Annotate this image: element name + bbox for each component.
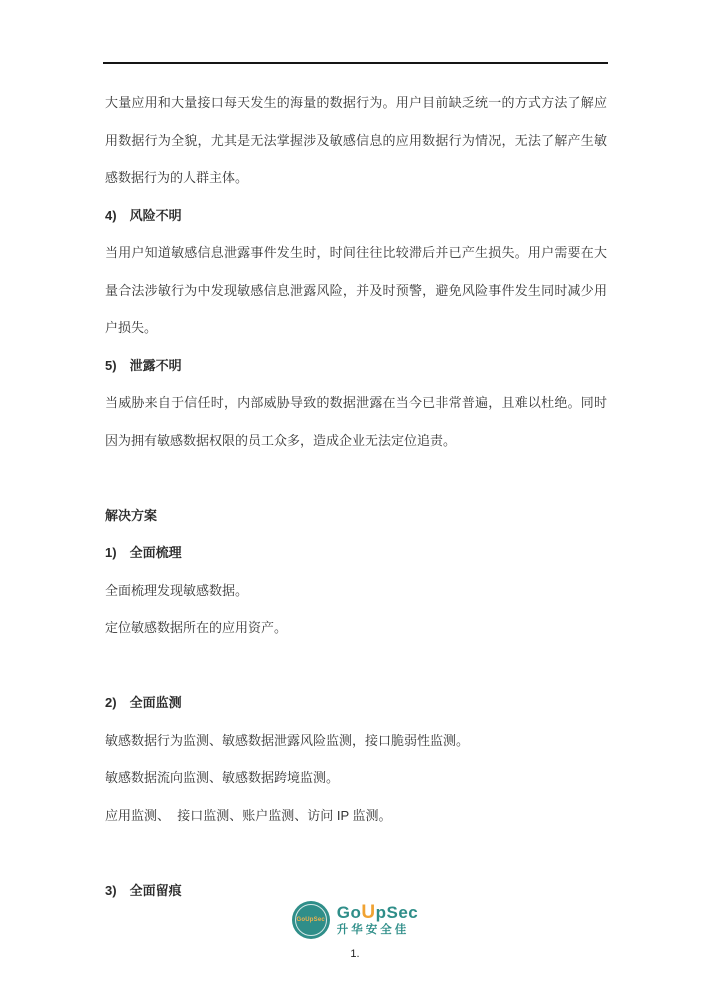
document-page: 大量应用和大量接口每天发生的海量的数据行为。用户目前缺乏统一的方式方法了解应用数… xyxy=(0,0,710,1004)
heading-risk-unknown: 4)风险不明 xyxy=(105,197,607,235)
paragraph-leak: 当威胁来自于信任时，内部威胁导致的数据泄露在当今已非常普遍，且难以杜绝。同时因为… xyxy=(105,384,607,459)
paragraph-risk: 当用户知道敏感信息泄露事件发生时，时间往往比较滞后并已产生损失。用户需要在大量合… xyxy=(105,234,607,347)
heading-solution: 解决方案 xyxy=(105,497,607,535)
heading-title: 泄露不明 xyxy=(130,358,182,373)
heading-number: 1) xyxy=(105,545,117,560)
page-number: 1. xyxy=(0,948,710,960)
heading-full-monitoring: 2)全面监测 xyxy=(105,684,607,722)
paragraph-monitoring-2: 敏感数据流向监测、敏感数据跨境监测。 xyxy=(105,759,607,797)
paragraph-intro: 大量应用和大量接口每天发生的海量的数据行为。用户目前缺乏统一的方式方法了解应用数… xyxy=(105,84,607,197)
paragraph-sorting-2: 定位敏感数据所在的应用资产。 xyxy=(105,609,607,647)
badge-label: GoUpSec xyxy=(292,901,330,939)
heading-number: 3) xyxy=(105,883,117,898)
paragraph-monitoring-1: 敏感数据行为监测、敏感数据泄露风险监测，接口脆弱性监测。 xyxy=(105,722,607,760)
heading-leak-unknown: 5)泄露不明 xyxy=(105,347,607,385)
heading-title: 全面梳理 xyxy=(130,545,182,560)
paragraph-monitoring-3: 应用监测、 接口监测、账户监测、访问 IP 监测。 xyxy=(105,797,607,835)
page-footer: GoUpSec GoUpSec 升华安全佳 xyxy=(0,901,710,939)
goupsec-logo: GoUpSec GoUpSec 升华安全佳 xyxy=(292,901,418,939)
heading-title: 全面监测 xyxy=(130,695,182,710)
heading-title: 风险不明 xyxy=(130,208,182,223)
logo-tagline: 升华安全佳 xyxy=(337,923,410,938)
document-body: 大量应用和大量接口每天发生的海量的数据行为。用户目前缺乏统一的方式方法了解应用数… xyxy=(105,84,607,909)
blank-line xyxy=(105,834,607,872)
heading-title: 全面留痕 xyxy=(130,883,182,898)
heading-number: 2) xyxy=(105,695,117,710)
heading-number: 5) xyxy=(105,358,117,373)
heading-number: 4) xyxy=(105,208,117,223)
goupsec-badge-icon: GoUpSec xyxy=(292,901,330,939)
heading-full-sorting: 1)全面梳理 xyxy=(105,534,607,572)
blank-line xyxy=(105,459,607,497)
wordmark-u: U xyxy=(361,902,375,923)
logo-wordmark: GoUpSec xyxy=(337,903,418,923)
header-rule xyxy=(103,62,608,64)
wordmark-go: Go xyxy=(337,903,362,922)
logo-text-block: GoUpSec 升华安全佳 xyxy=(337,903,418,938)
paragraph-sorting-1: 全面梳理发现敏感数据。 xyxy=(105,572,607,610)
wordmark-psec: pSec xyxy=(376,903,419,922)
blank-line xyxy=(105,647,607,685)
